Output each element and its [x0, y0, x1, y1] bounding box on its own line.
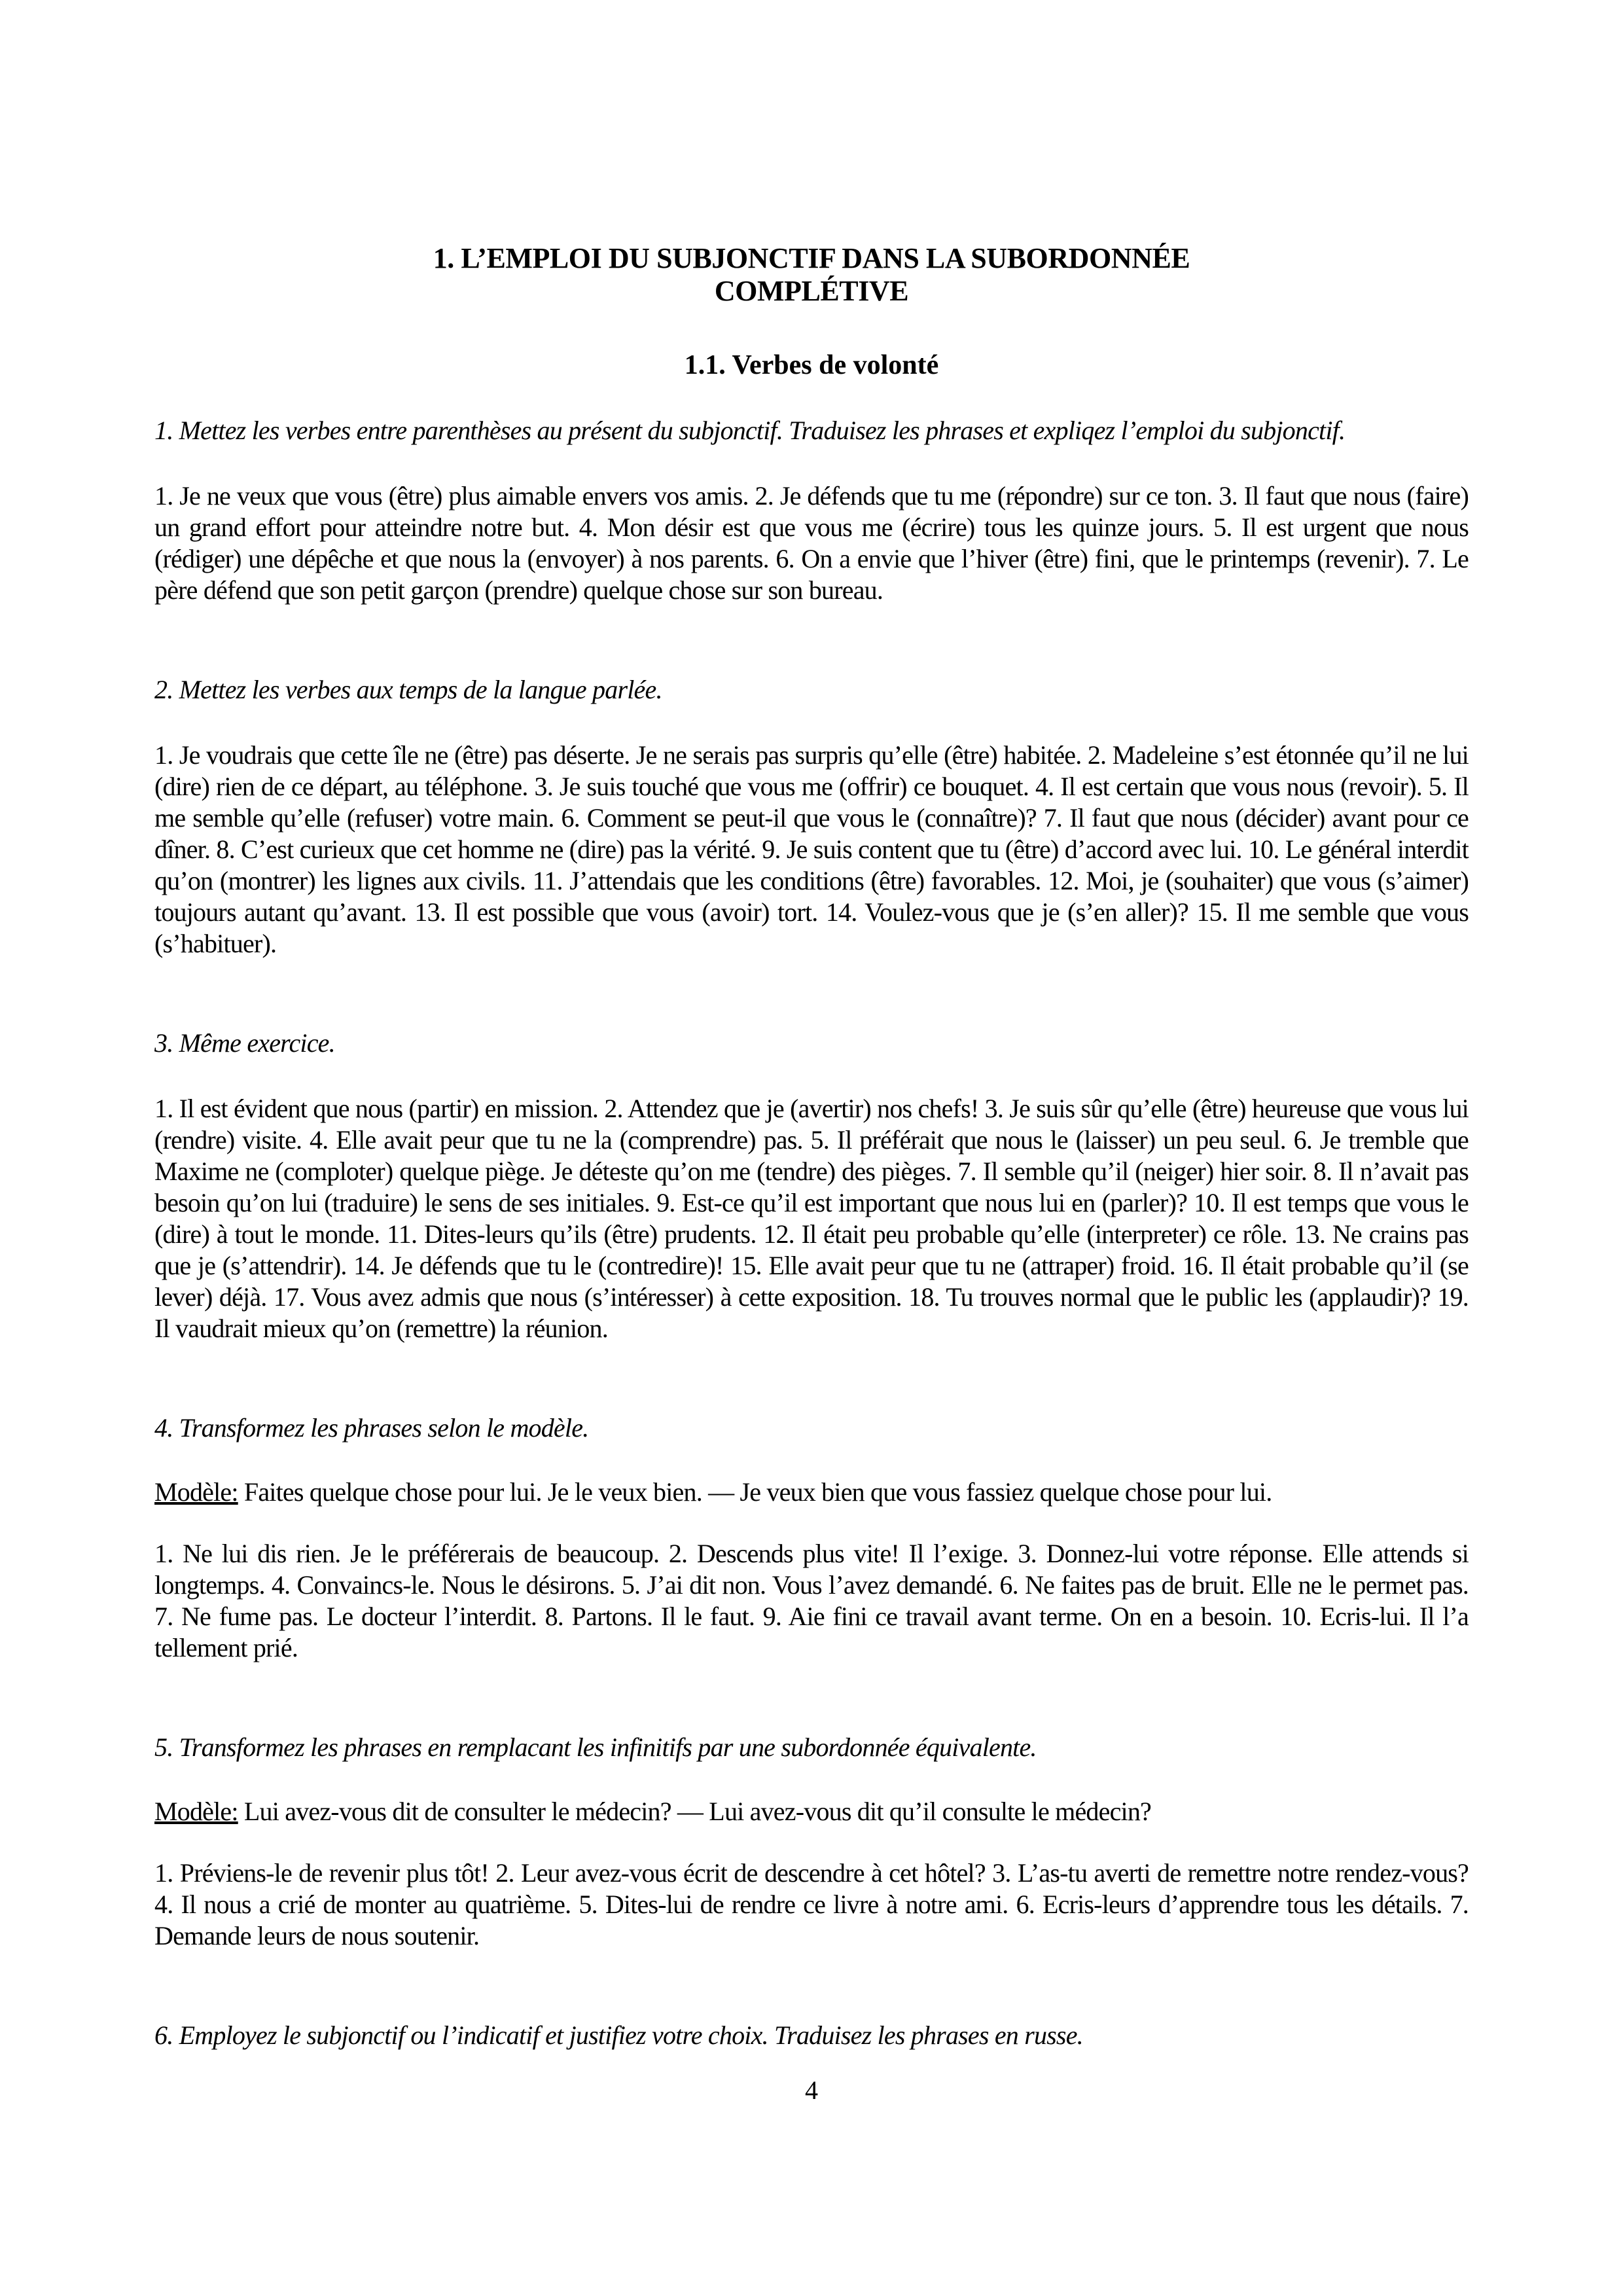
exercise-2-instruction: 2. Mettez les verbes aux temps de la lan…: [154, 674, 1469, 706]
exercise-5-model-label: Modèle:: [154, 1797, 238, 1826]
exercise-5-instruction: 5. Transformez les phrases en remplacant…: [154, 1732, 1469, 1763]
exercise-4-instruction: 4. Transformez les phrases selon le modè…: [154, 1412, 1469, 1444]
exercise-5-model-text: Lui avez-vous dit de consulter le médeci…: [238, 1797, 1151, 1826]
page-number: 4: [154, 2075, 1469, 2106]
exercise-3-instruction: 3. Même exercice.: [154, 1028, 1469, 1059]
exercise-1-body: 1. Je ne veux que vous (être) plus aimab…: [154, 480, 1469, 606]
exercise-1-instruction: 1. Mettez les verbes entre parenthèses a…: [154, 415, 1469, 446]
exercise-4-body: 1. Ne lui dis rien. Je le préférerais de…: [154, 1538, 1469, 1664]
exercise-5-body: 1. Préviens-le de revenir plus tôt! 2. L…: [154, 1857, 1469, 1952]
exercise-4-model-label: Modèle:: [154, 1477, 238, 1507]
document-page: 1. L’EMPLOI DU SUBJONCTIF DANS LA SUBORD…: [0, 0, 1623, 2296]
document-title-line-2: COMPLÉTIVE: [154, 275, 1469, 308]
exercise-4-model-line: Modèle: Faites quelque chose pour lui. J…: [154, 1477, 1469, 1508]
document-title-line-1: 1. L’EMPLOI DU SUBJONCTIF DANS LA SUBORD…: [154, 242, 1469, 275]
exercise-5-model-line: Modèle: Lui avez-vous dit de consulter l…: [154, 1796, 1469, 1827]
section-heading: 1.1. Verbes de volonté: [154, 350, 1469, 381]
exercise-4-model-text: Faites quelque chose pour lui. Je le veu…: [238, 1477, 1272, 1507]
exercise-3-body: 1. Il est évident que nous (partir) en m…: [154, 1093, 1469, 1344]
exercise-2-body: 1. Je voudrais que cette île ne (être) p…: [154, 740, 1469, 960]
exercise-6-instruction: 6. Employez le subjonctif ou l’indicatif…: [154, 2020, 1469, 2051]
document-title: 1. L’EMPLOI DU SUBJONCTIF DANS LA SUBORD…: [154, 242, 1469, 308]
